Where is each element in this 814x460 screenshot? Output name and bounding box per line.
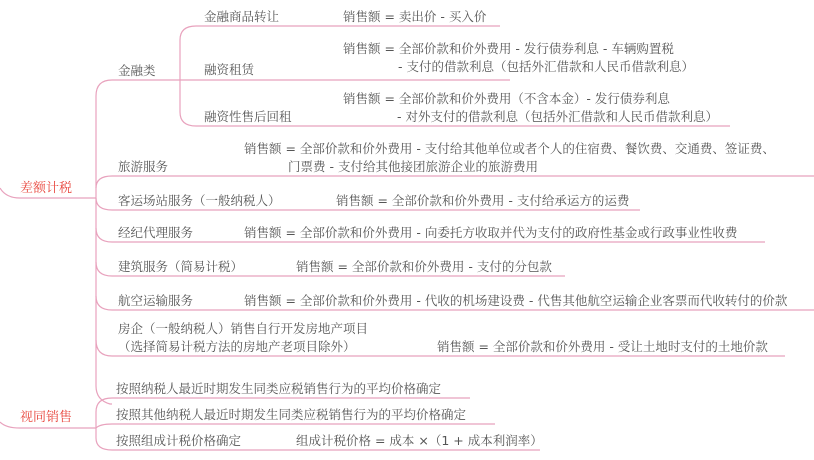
formula-real-estate: 销售额 = 全部价款和价外费用 - 受让土地时支付的土地价款	[437, 339, 768, 355]
root-node-deemed-sales[interactable]: 视同销售	[20, 410, 72, 426]
node-real-estate-line1[interactable]: 房企（一般纳税人）销售自行开发房地产项目	[118, 321, 368, 337]
mindmap-canvas: 差额计税 金融类 金融商品转让 销售额 = 卖出价 - 买入价 融资租赁 销售额…	[0, 0, 814, 460]
node-financial-leasing[interactable]: 融资租赁	[204, 62, 254, 78]
node-tourism-service[interactable]: 旅游服务	[118, 159, 168, 175]
node-sale-leaseback[interactable]: 融资性售后回租	[204, 109, 292, 125]
formula-financial-leasing-line1: 销售额 = 全部价款和价外费用 - 发行债券利息 - 车辆购置税	[343, 41, 674, 57]
node-air-transport-service[interactable]: 航空运输服务	[118, 293, 193, 309]
formula-construction: 销售额 = 全部价款和价外费用 - 支付的分包款	[296, 259, 552, 275]
node-deemed-sales-method-2[interactable]: 按照其他纳税人最近时期发生同类应税销售行为的平均价格确定	[116, 407, 466, 423]
node-brokerage-agency-service[interactable]: 经纪代理服务	[118, 225, 193, 241]
formula-sale-leaseback-line1: 销售额 = 全部价款和价外费用（不含本金）- 发行债券利息	[343, 91, 670, 107]
formula-financial-product-transfer: 销售额 = 卖出价 - 买入价	[343, 9, 486, 25]
node-deemed-sales-method-1[interactable]: 按照纳税人最近时期发生同类应税销售行为的平均价格确定	[116, 381, 441, 397]
node-financial[interactable]: 金融类	[118, 63, 156, 79]
node-financial-product-transfer[interactable]: 金融商品转让	[204, 9, 279, 25]
node-passenger-station-service[interactable]: 客运场站服务（一般纳税人）	[118, 193, 281, 209]
root-node-difference-taxation[interactable]: 差额计税	[20, 181, 72, 197]
formula-brokerage-agency: 销售额 = 全部价款和价外费用 - 向委托方收取并代为支付的政府性基金或行政事业…	[244, 225, 737, 241]
formula-passenger-station: 销售额 = 全部价款和价外费用 - 支付给承运方的运费	[336, 193, 629, 209]
formula-composite-taxable-price: 组成计税价格 = 成本 ×（1 + 成本利润率）	[296, 433, 543, 449]
formula-air-transport: 销售额 = 全部价款和价外费用 - 代收的机场建设费 - 代售其他航空运输企业客…	[244, 293, 787, 309]
node-real-estate-line2[interactable]: （选择简易计税方法的房地产老项目除外）	[118, 339, 356, 355]
formula-sale-leaseback-line2: - 对外支付的借款利息（包括外汇借款和人民币借款利息）	[397, 109, 718, 125]
formula-tourism-line1: 销售额 = 全部价款和价外费用 - 支付给其他单位或者个人的住宿费、餐饮费、交通…	[244, 141, 775, 157]
node-deemed-sales-method-3[interactable]: 按照组成计税价格确定	[116, 433, 241, 449]
formula-financial-leasing-line2: - 支付的借款利息（包括外汇借款和人民币借款利息）	[398, 59, 694, 75]
node-construction-service[interactable]: 建筑服务（简易计税）	[118, 259, 243, 275]
formula-tourism-line2: 门票费 - 支付给其他接团旅游企业的旅游费用	[288, 159, 538, 175]
